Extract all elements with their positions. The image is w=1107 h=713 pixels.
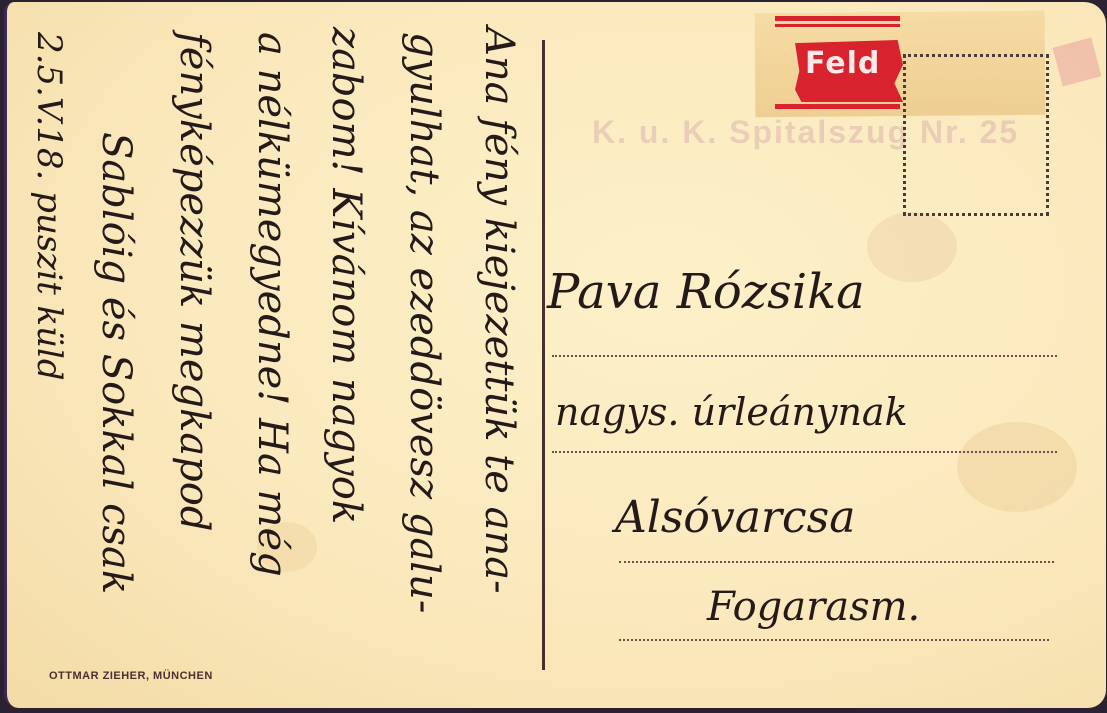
address-line-1: Pava Rózsika [547,264,865,320]
postcard: K. u. K. Spitalszug Nr. 25 Feld Pava Róz… [4,2,1106,708]
address-rule [619,561,1054,563]
center-divider-line [542,40,545,670]
stain [867,212,957,282]
message-line: Ana fény kiejezettük te ana- [476,27,522,594]
message-line: Sablóig és Sokkal csak [93,132,139,594]
address-rule [552,355,1057,357]
stamp-placeholder-box [903,54,1049,216]
message-line: a nélkümegyedne! Ha még [249,32,295,577]
message-line: gyulhat, az ezeddövesz galu- [401,32,447,613]
feld-label-text: Feld [805,46,880,81]
address-rule [552,451,1057,453]
address-line-4: Fogarasm. [707,584,920,630]
message-line: fényképezzük megkapod [171,32,217,531]
message-line: zabom! Kívánom nagyok [323,27,369,524]
pink-ink-mark [1053,38,1102,87]
publisher-imprint: OTTMAR ZIEHER, MÜNCHEN [49,670,213,682]
address-line-3: Alsóvarcsa [615,492,856,543]
stain [957,422,1077,512]
address-line-2: nagys. úrleánynak [555,390,908,434]
message-line: 2.5.V.18. puszit küld [29,32,69,381]
feld-label: Feld [775,16,905,110]
address-rule [619,639,1049,641]
